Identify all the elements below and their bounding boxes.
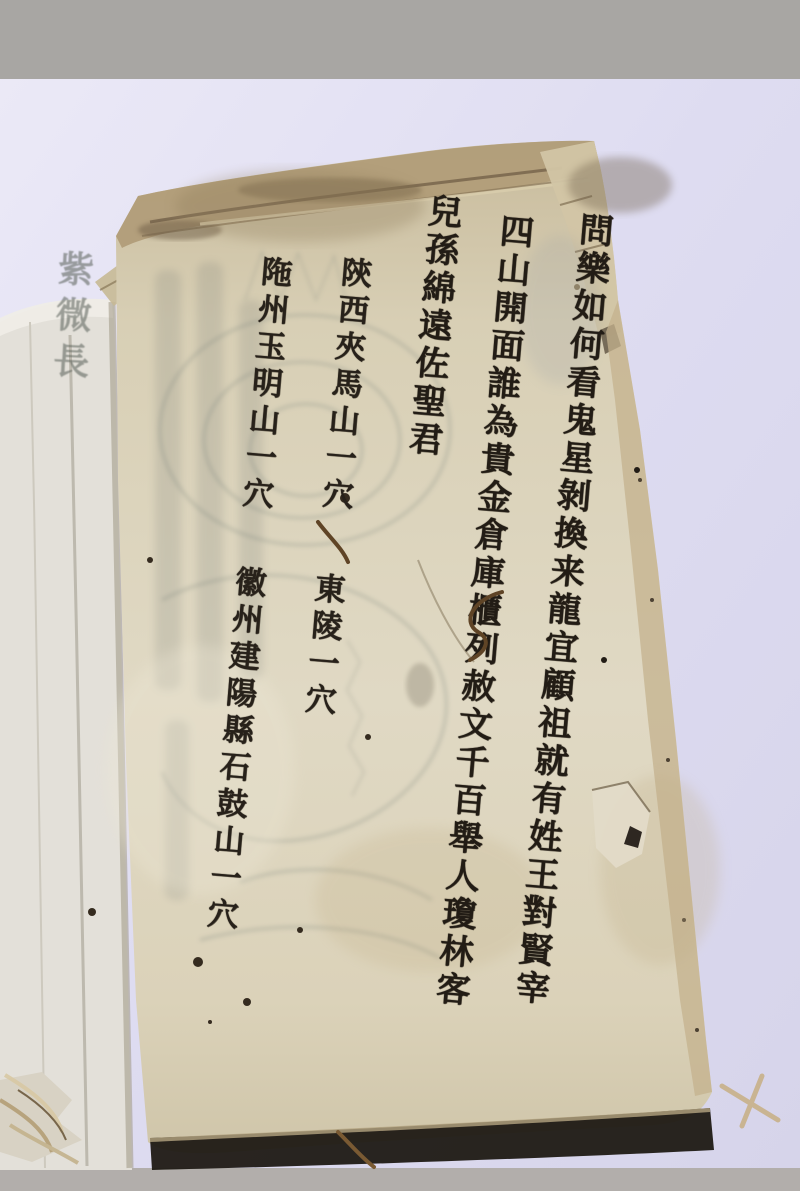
- column-gap: [328, 514, 335, 572]
- poem-line-group-3: 兒孫綿遠佐聖君: [402, 192, 464, 460]
- surface-band-top: [0, 0, 800, 79]
- faint-marginalia: 紫微長: [41, 249, 99, 389]
- surface-band-bottom: [0, 1168, 800, 1191]
- manuscript-text: 問樂如何看鬼星剝換来龍宜顧祖就有姓王對賢宰 四山開面誰為貴金倉庫櫃列赦文千百舉人…: [188, 170, 615, 1096]
- book-photo: 問樂如何看鬼星剝換来龍宜顧祖就有姓王對賢宰 四山開面誰為貴金倉庫櫃列赦文千百舉人…: [0, 0, 800, 1191]
- manuscript-column-4: 陝西夾馬山一穴東陵一穴: [268, 255, 372, 1077]
- site-shaanxi: 陝西夾馬山一穴: [315, 255, 373, 516]
- site-dongling: 東陵一穴: [298, 571, 346, 721]
- column-gap: [248, 514, 254, 566]
